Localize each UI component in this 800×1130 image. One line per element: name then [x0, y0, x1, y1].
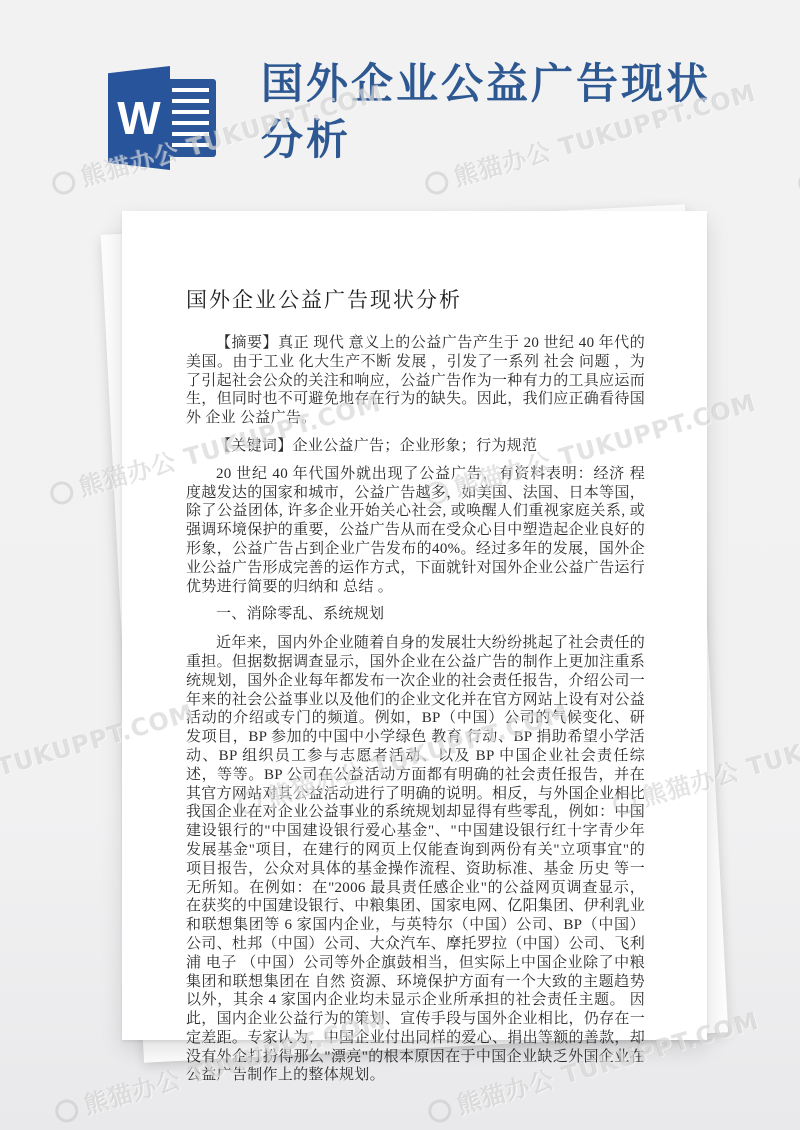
doc-paragraph-keywords: 【关键词】企业公益广告；企业形象；行为规范: [186, 437, 645, 456]
doc-paragraph-abstract: 【摘要】真正 现代 意义上的公益广告产生于 20 世纪 40 年代的美国。由于工…: [186, 334, 645, 428]
word-icon: W: [108, 66, 220, 170]
word-icon-sheet: [164, 79, 216, 157]
doc-paragraph-intro: 20 世纪 40 年代国外就出现了公益广告，有资料表明：经济 程度越发达的国家和…: [186, 465, 645, 597]
site-watermark: 熊猫办公 TUKUPPT.COM: [793, 73, 800, 201]
doc-body: 【摘要】真正 现代 意义上的公益广告产生于 20 世纪 40 年代的美国。由于工…: [186, 334, 645, 1085]
doc-section-heading: 一、消除零乱、系统规划: [186, 605, 645, 624]
document-page: 国外企业公益广告现状分析 【摘要】真正 现代 意义上的公益广告产生于 20 世纪…: [122, 211, 707, 1040]
site-watermark: 熊猫办公 TUKUPPT.COM: [795, 383, 800, 511]
doc-title: 国外企业公益广告现状分析: [186, 284, 645, 314]
word-icon-letter: W: [108, 66, 170, 170]
word-icon-text-lines: [172, 88, 209, 149]
site-watermark: 熊猫办公 TUKUPPT.COM: [796, 1001, 800, 1129]
doc-paragraph-body: 近年来，国内外企业随着自身的发展壮大纷纷挑起了社会责任的重担。但据数据调查显示，…: [186, 634, 645, 1085]
document-title-link[interactable]: 国外企业公益广告现状分析: [261, 57, 736, 169]
